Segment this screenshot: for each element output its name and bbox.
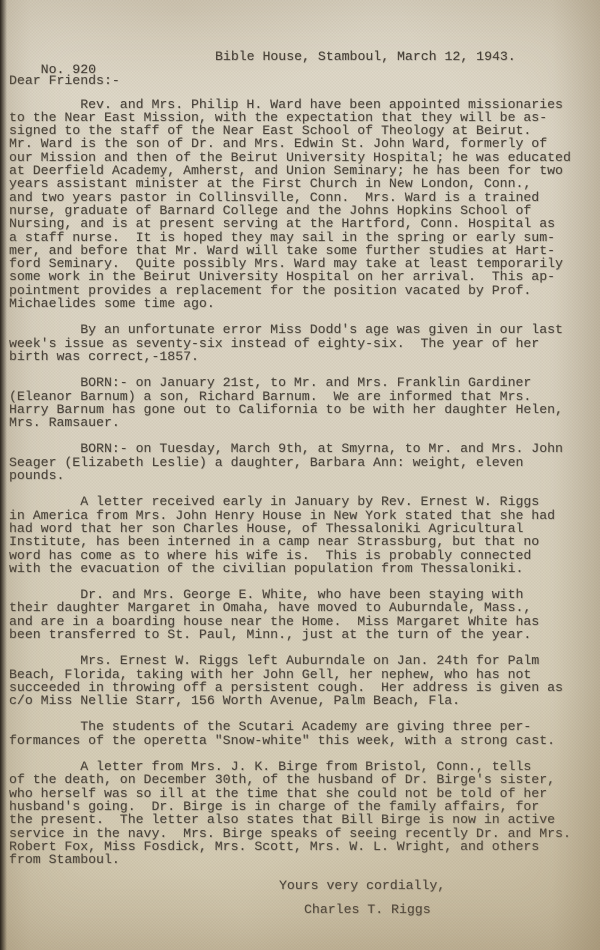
letter-body: Rev. and Mrs. Philip H. Ward have been a…: [9, 98, 600, 867]
letter-header: No. 920 Bible House, Stamboul, March 12,…: [9, 50, 600, 63]
letter-page: No. 920 Bible House, Stamboul, March 12,…: [0, 0, 600, 950]
signature: Charles T. Riggs: [9, 903, 600, 916]
issue-number: No. 920: [41, 62, 96, 77]
paragraph: Dr. and Mrs. George E. White, who have b…: [9, 588, 600, 641]
dateline: Bible House, Stamboul, March 12, 1943.: [215, 50, 516, 63]
paragraph: Mrs. Ernest W. Riggs left Auburndale on …: [9, 654, 600, 707]
paragraph: A letter received early in January by Re…: [9, 495, 600, 575]
paragraph: The students of the Scutari Academy are …: [9, 720, 600, 747]
scan-left-edge: [0, 0, 7, 950]
closing: Yours very cordially,: [9, 879, 600, 892]
paragraph: By an unfortunate error Miss Dodd's age …: [9, 323, 600, 363]
paragraph: Rev. and Mrs. Philip H. Ward have been a…: [9, 98, 600, 311]
paragraph: BORN:- on January 21st, to Mr. and Mrs. …: [9, 376, 600, 429]
paragraph: A letter from Mrs. J. K. Birge from Bris…: [9, 760, 600, 866]
paragraph: BORN:- on Tuesday, March 9th, at Smyrna,…: [9, 442, 600, 482]
salutation: Dear Friends:-: [9, 74, 600, 87]
